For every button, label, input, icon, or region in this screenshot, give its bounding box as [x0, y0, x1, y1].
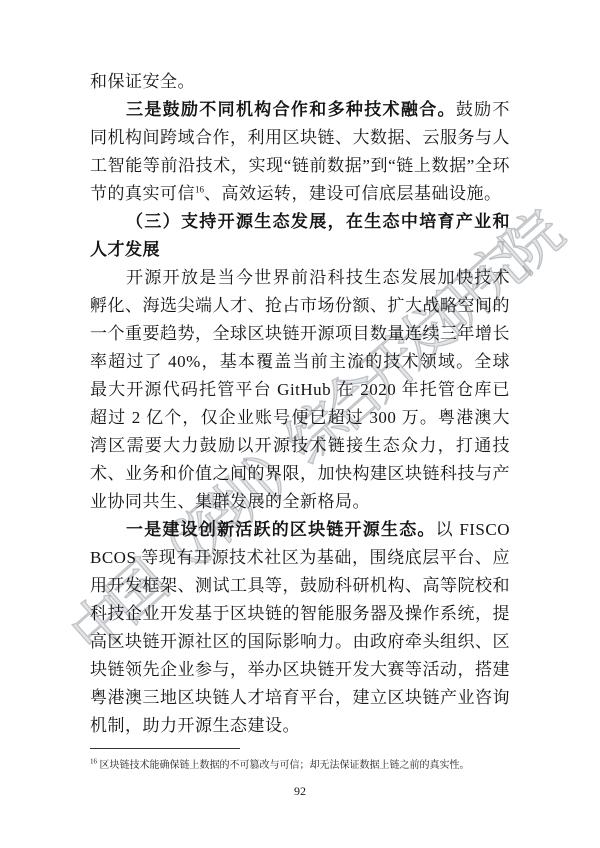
paragraph-point-three: 三是鼓励不同机构合作和多种技术融合。鼓励不同机构间跨域合作，利用区块链、大数据、… — [90, 96, 510, 208]
paragraph-text: 、高效运转，建设可信底层基础设施。 — [204, 184, 502, 203]
section-heading-three: （三）支持开源生态发展，在生态中培育产业和人才发展 — [90, 208, 510, 264]
page-body: 和保证安全。 三是鼓励不同机构合作和多种技术融合。鼓励不同机构间跨域合作，利用区… — [90, 68, 510, 740]
paragraph-text: 和保证安全。 — [90, 72, 195, 91]
paragraph-point-one: 一是建设创新活跃的区块链开源生态。以 FISCO BCOS 等现有开源技术社区为… — [90, 516, 510, 740]
footnote-body-text: 区块链技术能确保链上数据的不可篡改与可信；却无法保证数据上链之前的真实性。 — [97, 760, 470, 771]
footnote-entry: 16 区块链技术能确保链上数据的不可篡改与可信；却无法保证数据上链之前的真实性。 — [90, 759, 510, 773]
footnote-divider — [90, 748, 240, 749]
footnote-marker: 16 — [90, 758, 97, 766]
document-page: 中国（深圳）综合开发研究院 和保证安全。 三是鼓励不同机构合作和多种技术融合。鼓… — [0, 0, 600, 848]
paragraph-open-source-trend: 开源开放是当今世界前沿科技生态发展加快技术孵化、海选尖端人才、抢占市场份额、扩大… — [90, 264, 510, 516]
paragraph-text: 以 FISCO BCOS 等现有开源技术社区为基础，围绕底层平台、应用开发框架、… — [90, 520, 510, 735]
paragraph-security-tail: 和保证安全。 — [90, 68, 510, 96]
footnote-area: 16 区块链技术能确保链上数据的不可篡改与可信；却无法保证数据上链之前的真实性。 — [90, 748, 510, 783]
footnote-reference-16: 16 — [195, 184, 204, 194]
paragraph-text: 开源开放是当今世界前沿科技生态发展加快技术孵化、海选尖端人才、抢占市场份额、扩大… — [90, 268, 510, 511]
page-number: 92 — [0, 784, 600, 799]
bold-lead-sentence: 三是鼓励不同机构合作和多种技术融合。 — [126, 100, 456, 119]
bold-lead-sentence: 一是建设创新活跃的区块链开源生态。 — [126, 520, 436, 539]
